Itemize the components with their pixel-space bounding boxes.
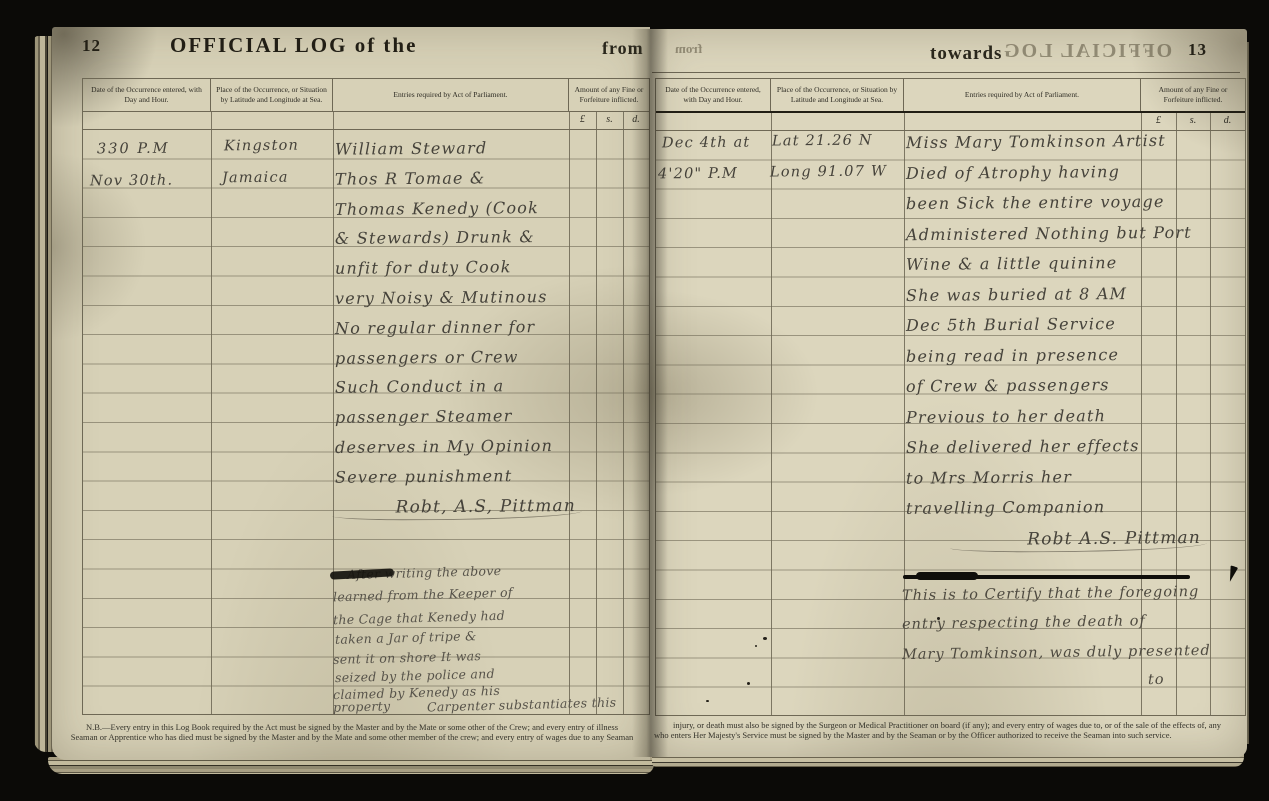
handwritten-place: Lat 21.26 N	[772, 133, 873, 150]
ink-speck	[747, 682, 750, 685]
log-entry-line: passengers or Crew	[335, 347, 519, 368]
handwritten-place: Jamaica	[222, 170, 289, 187]
heavy-ink-blob	[916, 572, 978, 580]
log-entry-line: She was buried at 8 AM	[906, 284, 1127, 305]
printed-footnote-line: N.B.—Every entry in this Log Book requir…	[62, 722, 642, 732]
currency-subheader-row: £ s. d.	[656, 113, 1245, 131]
col-header-entries: Entries required by Act of Parliament.	[333, 79, 569, 111]
log-entry-line: Miss Mary Tomkinson Artist	[906, 131, 1166, 152]
column-rule	[211, 112, 212, 129]
printed-footnote-line: Seaman or Apprentice who has died must b…	[58, 732, 646, 742]
bleedthrough-from-text: from	[675, 41, 702, 57]
currency-subheader-row: £ s. d.	[83, 112, 649, 130]
shillings-label: s.	[1176, 115, 1210, 126]
column-rule	[904, 113, 905, 130]
col-header-fine: Amount of any Fine or Forfeiture inflict…	[1141, 79, 1245, 111]
handwritten-date: Dec 4th at	[662, 135, 751, 152]
log-entry-line: Died of Atrophy having	[906, 162, 1120, 183]
printed-footnote-line: who enters Her Majesty's Service must be…	[654, 730, 1214, 740]
pence-label: d.	[623, 114, 649, 125]
log-entry-line: unfit for duty Cook	[335, 257, 512, 278]
column-rule	[596, 130, 597, 715]
col-header-entries: Entries required by Act of Parliament.	[904, 79, 1141, 111]
log-entry-line: Dec 5th Burial Service	[906, 314, 1116, 335]
certification-line: to	[1148, 672, 1165, 688]
table-header-row: Date of the Occurrence entered, with Day…	[83, 79, 649, 112]
column-rule	[1210, 131, 1211, 715]
printed-footnote-line: injury, or death must also be signed by …	[654, 720, 1240, 730]
log-entry-line: Administered Nothing but Port	[906, 223, 1192, 244]
bleedthrough-official-log-text: OFFICIAL LOG	[1002, 40, 1172, 63]
log-entry-line: No regular dinner for	[335, 317, 536, 338]
col-header-place: Place of the Occurrence, or Situation by…	[211, 79, 333, 111]
left-page: 12 OFFICIAL LOG of the from Date of the …	[52, 27, 650, 760]
pounds-label: £	[1141, 115, 1176, 126]
log-entry-line: to Mrs Morris her	[906, 467, 1072, 487]
column-rule	[596, 112, 597, 129]
ink-speck	[755, 645, 757, 647]
log-entry-line: been Sick the entire voyage	[906, 192, 1165, 213]
ink-speck	[763, 637, 767, 640]
log-title: OFFICIAL LOG of the	[170, 33, 417, 58]
log-entry-line: deserves in My Opinion	[335, 436, 553, 457]
handwritten-date: Nov 30th.	[90, 173, 173, 190]
column-rule	[771, 131, 772, 715]
page-number-left: 12	[82, 36, 101, 56]
col-header-place: Place of the Occurrence, or Situation by…	[771, 79, 904, 111]
ink-speck	[706, 700, 709, 702]
log-entry-line: & Stewards) Drunk &	[335, 227, 535, 248]
column-rule	[623, 112, 624, 129]
log-entry-line: travelling Companion	[906, 497, 1105, 518]
masthead-rule	[652, 72, 1240, 73]
pounds-label: £	[569, 114, 596, 125]
column-rule	[771, 113, 772, 130]
log-entry-line: Previous to her death	[906, 406, 1106, 427]
log-entry-line: Wine & a little quinine	[906, 253, 1117, 274]
logbook-photo: 12 OFFICIAL LOG of the from Date of the …	[0, 0, 1269, 801]
column-rule	[211, 130, 212, 715]
column-rule	[1210, 113, 1211, 130]
log-entry-line: She delivered her effects	[906, 436, 1140, 457]
pencil-note-line: property	[333, 698, 391, 714]
column-rule	[569, 130, 570, 715]
log-entry-line: passenger Steamer	[335, 406, 513, 427]
shillings-label: s.	[596, 114, 623, 125]
handwritten-place: Kingston	[224, 138, 299, 155]
col-header-date: Date of the Occurrence entered, with Day…	[83, 79, 211, 111]
pence-label: d.	[1210, 115, 1245, 126]
page-number-right: 13	[1188, 40, 1207, 60]
log-entry-line: Severe punishment	[335, 466, 513, 487]
column-rule	[623, 130, 624, 715]
column-rule	[1176, 113, 1177, 130]
column-rule	[1176, 131, 1177, 715]
log-entry-line: William Steward	[335, 138, 488, 158]
log-entry-line: being read in presence	[906, 345, 1119, 366]
column-rule	[569, 112, 570, 129]
handwritten-date: 4'20" P.M	[658, 166, 738, 183]
col-header-fine: Amount of any Fine or Forfeiture inflict…	[569, 79, 649, 111]
handwritten-place: Long 91.07 W	[770, 163, 887, 180]
handwritten-date: 330 P.M	[97, 141, 170, 158]
from-label: from	[602, 38, 644, 59]
column-rule	[333, 112, 334, 129]
log-entry-line: very Noisy & Mutinous	[335, 287, 548, 308]
col-header-date: Date of the Occurrence entered, with Day…	[656, 79, 771, 111]
table-header-row: Date of the Occurrence entered, with Day…	[656, 79, 1245, 113]
log-entry-line: Such Conduct in a	[335, 376, 504, 396]
log-entry-line: of Crew & passengers	[906, 375, 1110, 396]
towards-label: towards	[930, 43, 1002, 65]
ink-speck	[937, 617, 940, 620]
column-rule	[1141, 113, 1142, 130]
log-entry-line: Thomas Kenedy (Cook	[335, 198, 539, 219]
right-page: from towards OFFICIAL LOG 13 Date of the…	[650, 29, 1247, 757]
log-entry-line: Thos R Tomae &	[335, 168, 486, 188]
